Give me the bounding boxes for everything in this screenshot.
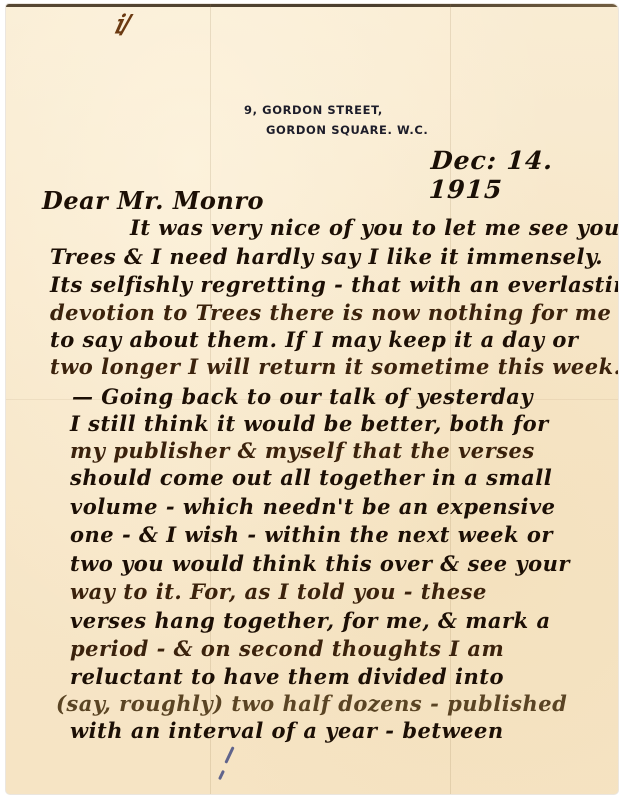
ink-stray-mark	[218, 770, 225, 780]
body-line: with an interval of a year - between	[70, 718, 504, 743]
body-line: reluctant to have them divided into	[70, 664, 504, 689]
letterhead: 9, GORDON STREET, GORDON SQUARE. W.C.	[244, 100, 428, 140]
body-line: two longer I will return it sometime thi…	[50, 354, 618, 379]
body-line: to say about them. If I may keep it a da…	[50, 327, 578, 352]
body-line: verses hang together, for me, & mark a	[70, 608, 551, 633]
body-line: volume - which needn't be an expensive	[70, 494, 556, 519]
greeting: Dear Mr. Monro	[42, 186, 264, 215]
letter-date: Dec: 14. 1915	[428, 146, 618, 204]
body-line: Its selfishly regretting - that with an …	[50, 272, 618, 297]
letterhead-line-2: GORDON SQUARE. W.C.	[244, 120, 428, 140]
body-line: way to it. For, as I told you - these	[70, 579, 487, 604]
body-line: — Going back to our talk of yesterday	[72, 384, 533, 409]
paper-top-edge	[6, 4, 618, 7]
body-line: my publisher & myself that the verses	[70, 438, 535, 463]
ink-stray-mark	[224, 746, 234, 764]
body-line: period - & on second thoughts I am	[70, 636, 504, 661]
body-line: (say, roughly) two half dozens - publish…	[56, 691, 567, 716]
body-line: devotion to Trees there is now nothing f…	[50, 300, 611, 325]
body-line: It was very nice of you to let me see yo…	[130, 215, 618, 240]
body-line: Trees & I need hardly say I like it imme…	[50, 244, 603, 269]
body-line: I still think it would be better, both f…	[70, 411, 549, 436]
letterhead-line-1: 9, GORDON STREET,	[244, 100, 428, 120]
body-line: one - & I wish - within the next week or	[70, 522, 553, 547]
corner-ink-mark: 𝑖/	[112, 10, 131, 40]
letter-page: 𝑖/ 9, GORDON STREET, GORDON SQUARE. W.C.…	[6, 4, 618, 794]
body-line: should come out all together in a small	[70, 465, 552, 490]
body-line: two you would think this over & see your	[70, 551, 570, 576]
